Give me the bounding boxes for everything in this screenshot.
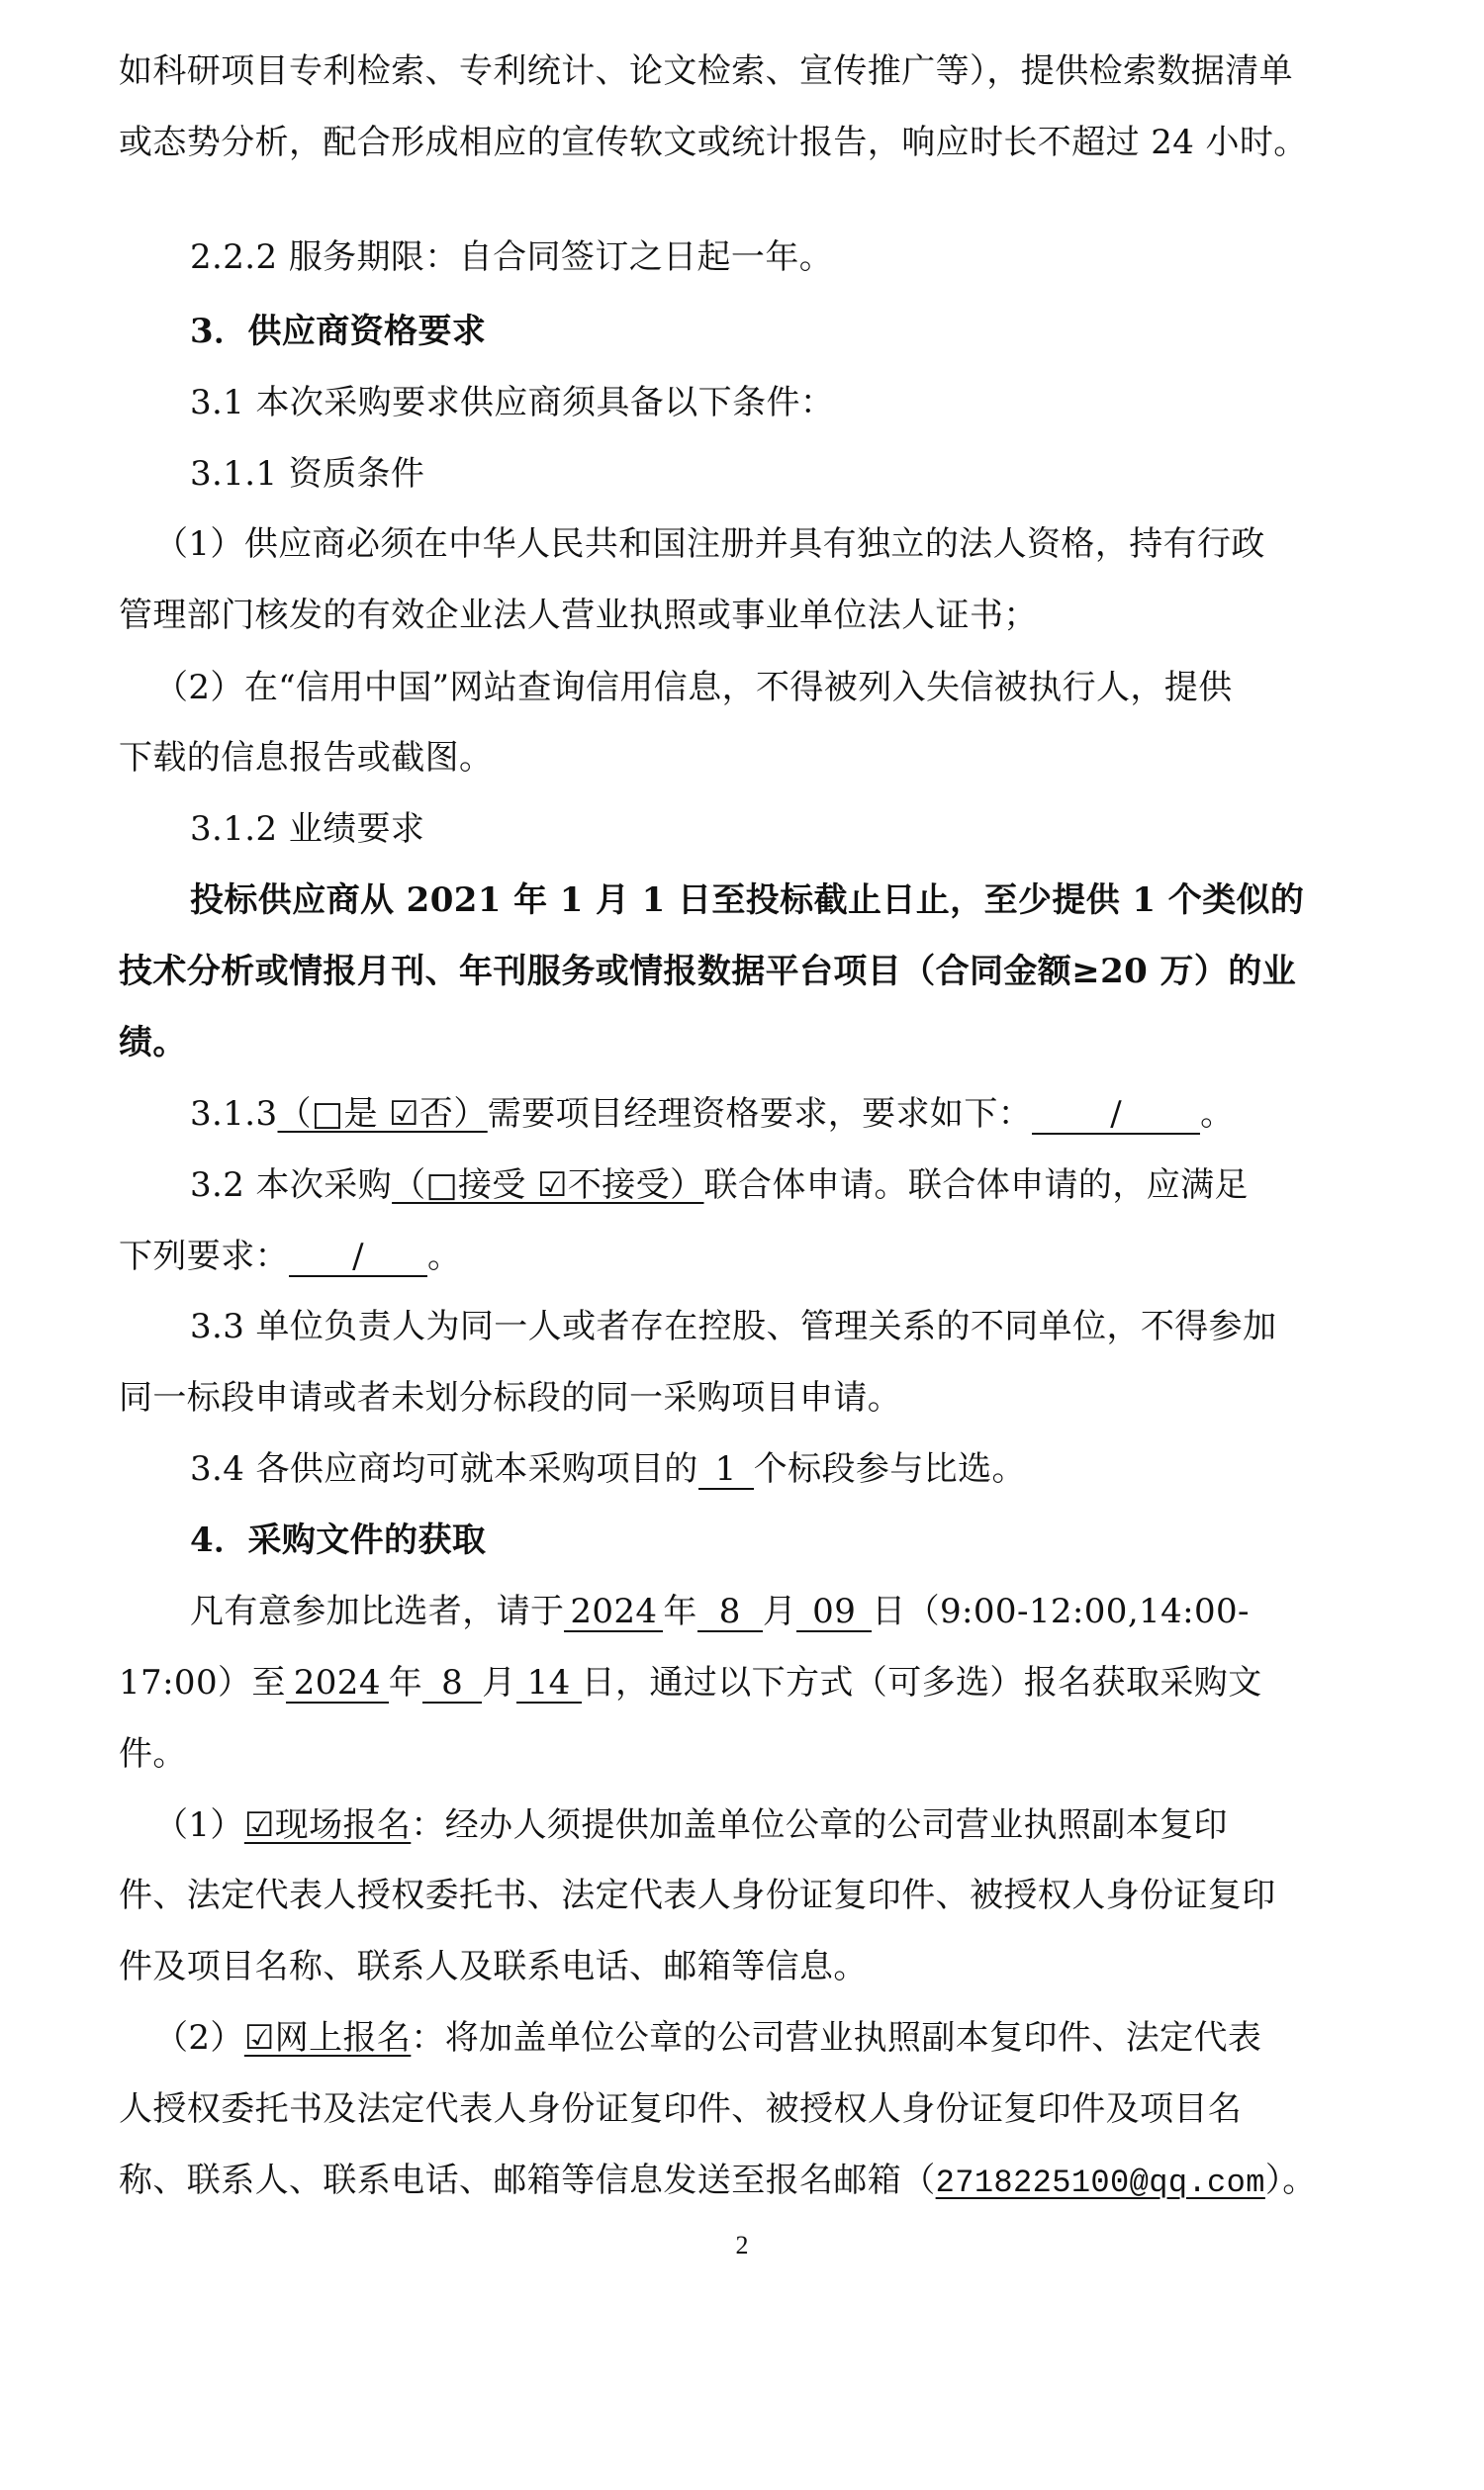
start-month: 8 (697, 1587, 763, 1632)
paragraph-line: 件及项目名称、联系人及联系电话、邮箱等信息。 (119, 1942, 868, 1991)
subheading-3-1-2: 3.1.2 业绩要求 (190, 804, 424, 854)
onsite-registration-line: （1）☑现场报名：经办人须提供加盖单位公章的公司营业执照副本复印 (154, 1800, 1228, 1850)
paragraph-line: 或态势分析，配合形成相应的宣传软文或统计报告，响应时长不超过 24 小时。 (119, 118, 1308, 167)
consortium-options[interactable]: （□接受 ☑不接受） (392, 1165, 703, 1205)
service-term: 2.2.2 服务期限：自合同签订之日起一年。 (190, 232, 833, 282)
paragraph-line: （1）供应商必须在中华人民共和国注册并具有独立的法人资格，持有行政 (154, 519, 1265, 569)
start-year: 2024 (564, 1587, 663, 1632)
paragraph-line: 3.3 单位负责人为同一人或者存在控股、管理关系的不同单位，不得参加 (190, 1302, 1276, 1351)
page-number: 2 (0, 2231, 1484, 2260)
start-day: 09 (796, 1587, 872, 1632)
paragraph-line: 件、法定代表人授权委托书、法定代表人身份证复印件、被授权人身份证复印 (119, 1871, 1276, 1920)
end-month: 8 (422, 1658, 482, 1704)
section-heading-4: 4．采购文件的获取 (190, 1516, 486, 1565)
section-heading-3: 3．供应商资格要求 (190, 307, 486, 356)
performance-line: 绩。 (119, 1018, 187, 1067)
subheading-3-1-1: 3.1.1 资质条件 (190, 449, 424, 499)
consortium-blank: / (289, 1232, 427, 1277)
online-registration-line: （2）☑网上报名：将加盖单位公章的公司营业执照副本复印件、法定代表 (154, 2013, 1261, 2063)
online-registration-checkbox[interactable]: ☑网上报名 (244, 2018, 411, 2058)
paragraph-line: 3.1 本次采购要求供应商须具备以下条件： (190, 378, 834, 427)
pm-requirement-line: 3.1.3（□是 ☑否）需要项目经理资格要求，要求如下：/。 (190, 1089, 1235, 1139)
pm-requirement-blank: / (1032, 1089, 1200, 1135)
paragraph-line: 如科研项目专利检索、专利统计、论文检索、宣传推广等），提供检索数据清单 (119, 46, 1293, 96)
paragraph-line: 管理部门核发的有效企业法人营业执照或事业单位法人证书； (119, 591, 1038, 640)
consortium-line: 3.2 本次采购（□接受 ☑不接受）联合体申请。联合体申请的，应满足 (190, 1160, 1249, 1210)
paragraph-line: 同一标段申请或者未划分标段的同一采购项目申请。 (119, 1373, 901, 1423)
consortium-line: 下列要求：/。 (119, 1232, 461, 1281)
performance-line: 技术分析或情报月刊、年刊服务或情报数据平台项目（合同金额≥20 万）的业 (119, 947, 1296, 996)
paragraph-line: 件。 (119, 1729, 187, 1779)
end-day: 14 (516, 1658, 582, 1704)
pm-requirement-options[interactable]: （□是 ☑否） (278, 1094, 488, 1134)
paragraph-line: （2）在“信用中国”网站查询信用信息，不得被列入失信被执行人，提供 (154, 663, 1233, 712)
end-year: 2024 (286, 1658, 389, 1704)
email-line: 称、联系人、联系电话、邮箱等信息发送至报名邮箱（2718225100@qq.co… (119, 2156, 1317, 2205)
lot-line: 3.4 各供应商均可就本采购项目的1个标段参与比选。 (190, 1444, 1026, 1494)
paragraph-line: 人授权委托书及法定代表人身份证复印件、被授权人身份证复印件及项目名 (119, 2084, 1242, 2134)
registration-date-line: 17:00）至2024年8月14日，通过以下方式（可多选）报名获取采购文 (119, 1658, 1262, 1707)
registration-email-link[interactable]: 2718225100@qq.com (936, 2165, 1265, 2201)
lot-count: 1 (698, 1444, 754, 1490)
performance-line: 投标供应商从 2021 年 1 月 1 日至投标截止日止，至少提供 1 个类似的 (190, 876, 1304, 925)
registration-date-line: 凡有意参加比选者，请于2024年8月09日（9:00-12:00,14:00- (190, 1587, 1250, 1636)
onsite-registration-checkbox[interactable]: ☑现场报名 (244, 1805, 411, 1845)
paragraph-line: 下载的信息报告或截图。 (119, 733, 493, 783)
